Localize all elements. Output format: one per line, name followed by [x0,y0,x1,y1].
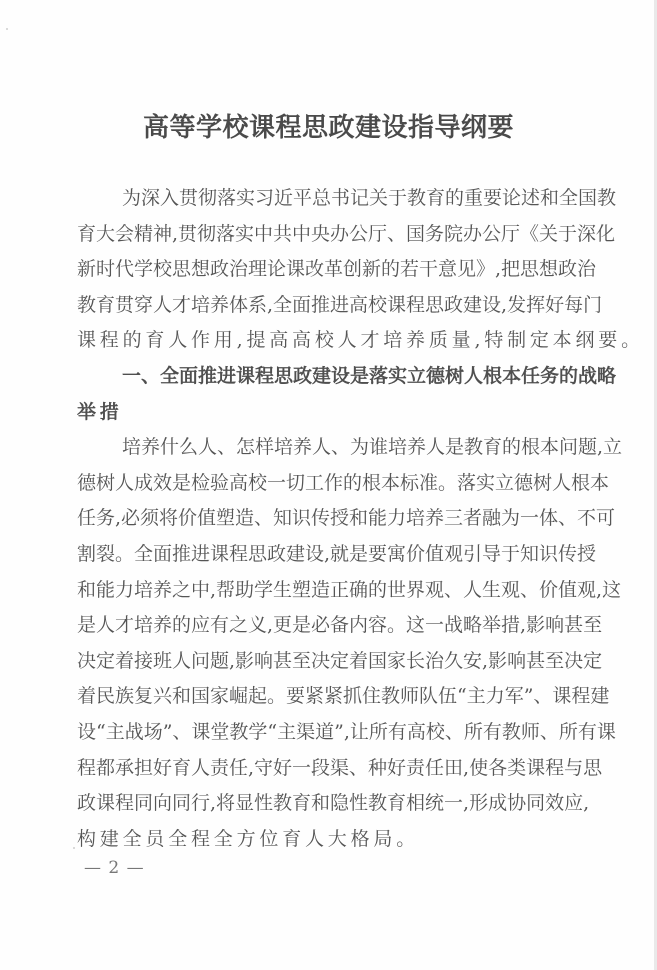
document-page: 高等学校课程思政建设指导纲要 为深入贯彻落实习近平总书记关于教育的重要论述和全国… [0,0,657,970]
paragraph-2-line-10: 程都承担好育人责任,守好一段渠、种好责任田,使各类课程与思 [77,751,581,787]
paragraph-1-line-1: 为深入贯彻落实习近平总书记关于教育的重要论述和全国教 [77,181,581,217]
paragraph-2-line-9: 设“主战场”、课堂教学“主渠道”,让所有高校、所有教师、所有课 [77,715,581,751]
paragraph-2-line-3: 任务,必须将价值塑造、知识传授和能力培养三者融为一体、不可 [77,501,581,537]
section-heading-1-line-1: 一、全面推进课程思政建设是落实立德树人根本任务的战略 [77,359,581,395]
scan-speck [73,847,75,849]
paragraph-1-line-5: 课程的育人作用,提高高校人才培养质量,特制定本纲要。 [77,323,581,359]
paragraph-2-line-12: 构建全员全程全方位育人大格局。 [77,822,581,858]
paragraph-2-line-11: 政课程同向同行,将显性教育和隐性教育相统一,形成协同效应, [77,786,581,822]
paragraph-2-line-7: 决定着接班人问题,影响甚至决定着国家长治久安,影响甚至决定 [77,644,581,680]
paragraph-2-line-8: 着民族复兴和国家崛起。要紧紧抓住教师队伍“主力军”、课程建 [77,679,581,715]
page-number: — 2 — [84,858,145,878]
document-title: 高等学校课程思政建设指导纲要 [0,112,657,144]
paragraph-2-line-4: 割裂。全面推进课程思政建设,就是要寓价值观引导于知识传授 [77,537,581,573]
paragraph-2-line-2: 德树人成效是检验高校一切工作的根本标准。落实立德树人根本 [77,466,581,502]
document-body: 为深入贯彻落实习近平总书记关于教育的重要论述和全国教 育大会精神,贯彻落实中共中… [77,181,581,857]
paragraph-1-line-2: 育大会精神,贯彻落实中共中央办公厅、国务院办公厅《关于深化 [77,217,581,253]
scan-speck [6,28,8,30]
paragraph-2-line-6: 是人才培养的应有之义,更是必备内容。这一战略举措,影响甚至 [77,608,581,644]
paragraph-2-line-1: 培养什么人、怎样培养人、为谁培养人是教育的根本问题,立 [77,430,581,466]
section-heading-1-line-2: 举措 [77,395,581,431]
paragraph-2-line-5: 和能力培养之中,帮助学生塑造正确的世界观、人生观、价值观,这 [77,573,581,609]
paragraph-1-line-4: 教育贯穿人才培养体系,全面推进高校课程思政建设,发挥好每门 [77,288,581,324]
paragraph-1-line-3: 新时代学校思想政治理论课改革创新的若干意见》,把思想政治 [77,252,581,288]
